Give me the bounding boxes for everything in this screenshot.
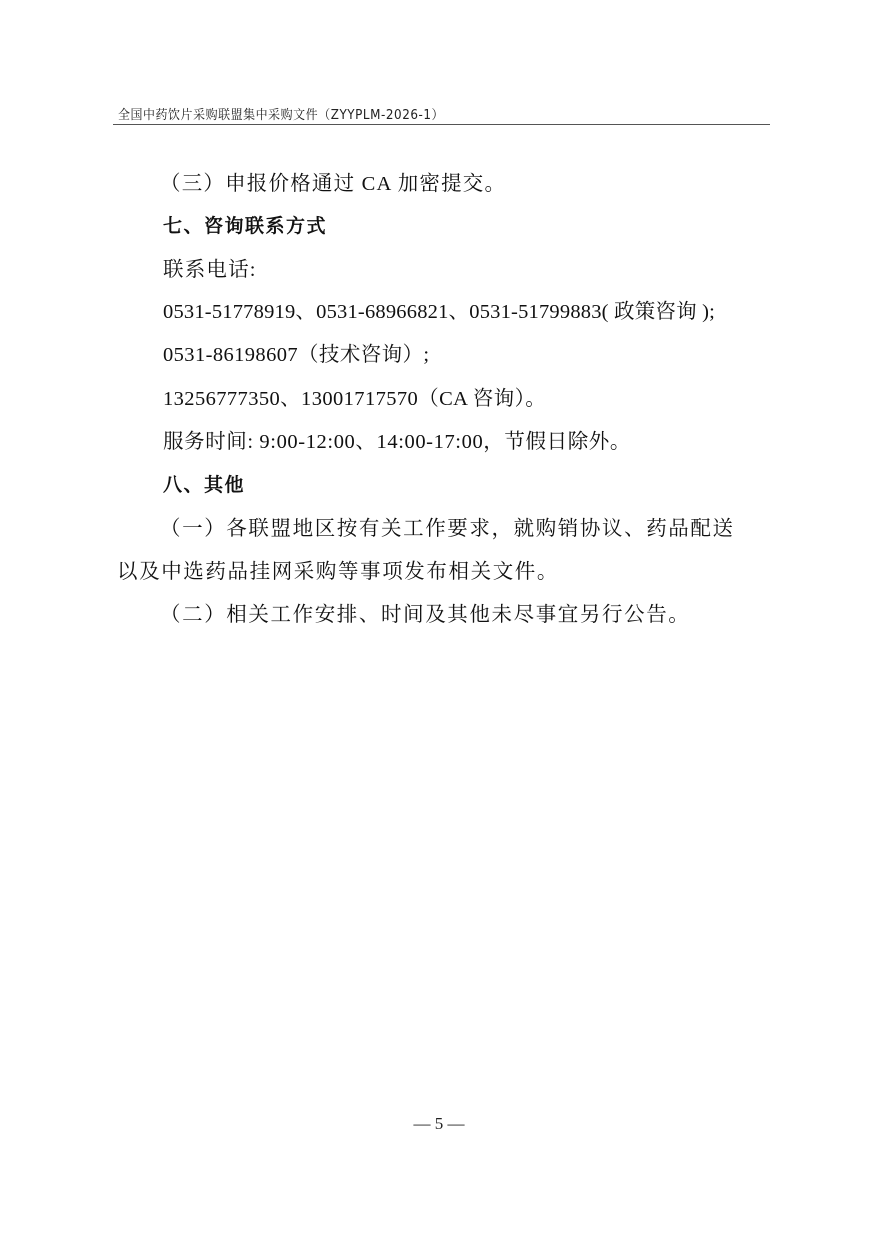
section-8-heading: 八、其他 bbox=[163, 472, 245, 498]
phone-label: 联系电话: bbox=[163, 257, 257, 283]
section-7-heading: 七、咨询联系方式 bbox=[163, 213, 327, 239]
running-header: 全国中药饮片采购联盟集中采购文件（ZYYPLM-2026-1） bbox=[113, 102, 770, 125]
item-1-line-1: （一）各联盟地区按有关工作要求，就购销协议、药品配送 bbox=[160, 516, 735, 542]
item-1-line-2: 以及中选药品挂网采购等事项发布相关文件。 bbox=[117, 559, 559, 585]
policy-phone-line: 0531-51778919、0531-68966821、0531-5179988… bbox=[163, 299, 715, 325]
tech-phone-line: 0531-86198607（技术咨询）; bbox=[163, 342, 430, 368]
ca-phone-line: 13256777350、13001717570（CA 咨询）。 bbox=[163, 386, 546, 412]
service-hours: 服务时间: 9:00-12:00、14:00-17:00，节假日除外。 bbox=[163, 429, 631, 455]
running-header-title: 全国中药饮片采购联盟集中采购文件（ZYYPLM-2026-1） bbox=[118, 104, 444, 123]
page-number: — 5 — bbox=[0, 1114, 878, 1134]
item-3-text: （三）申报价格通过 CA 加密提交。 bbox=[160, 171, 506, 197]
item-2-text: （二）相关工作安排、时间及其他未尽事宜另行公告。 bbox=[160, 602, 690, 628]
